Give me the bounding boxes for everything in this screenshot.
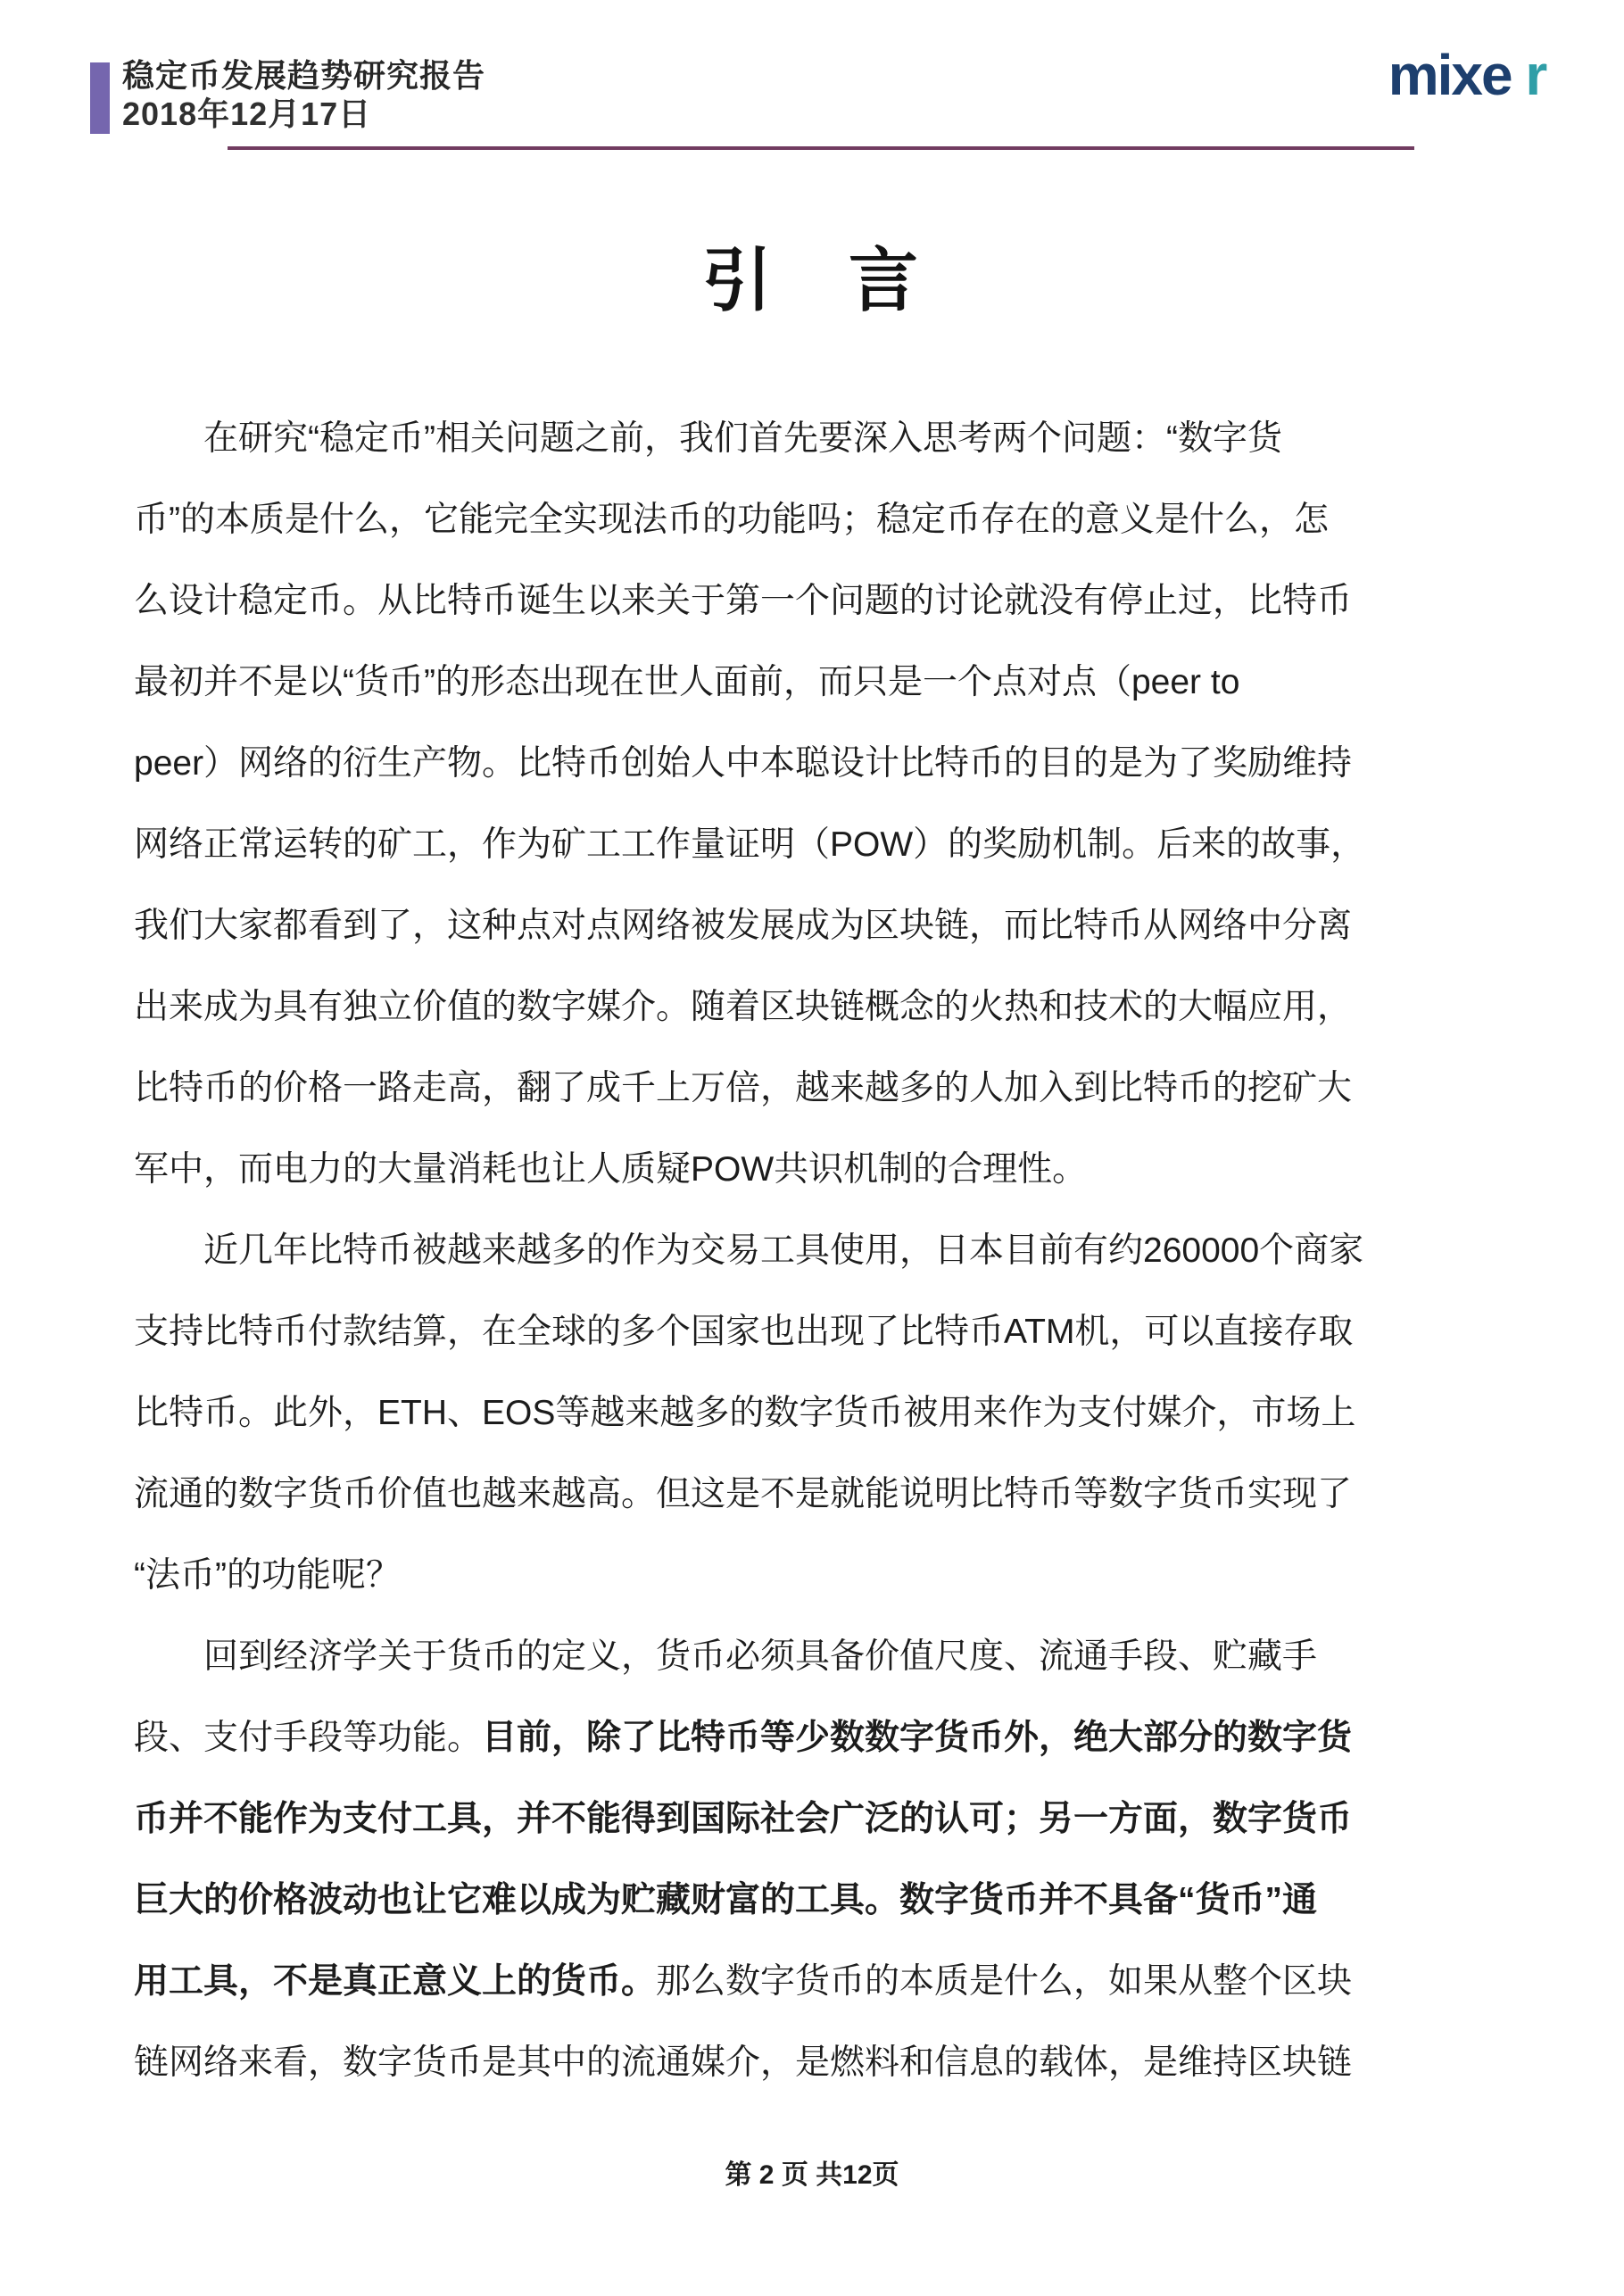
text-segment: 军中，而电力的大量消耗也让人质疑POW共识机制的合理性。 xyxy=(134,1150,1087,1189)
text-line: 最初并不是以“货币”的形态出现在世人面前，而只是一个点对点（peer to xyxy=(134,642,1526,723)
text-segment: 么设计稳定币。从比特币诞生以来关于第一个问题的讨论就没有停止过，比特币 xyxy=(134,582,1352,620)
report-header: 稳定币发展趋势研究报告 2018年12月17日 xyxy=(122,56,485,133)
text-line: 币并不能作为支付工具，并不能得到国际社会广泛的认可；另一方面，数字货币 xyxy=(134,1778,1526,1860)
text-line: 在研究“稳定币”相关问题之前，我们首先要深入思考两个问题：“数字货 xyxy=(134,398,1526,479)
text-segment: 我们大家都看到了，这种点对点网络被发展成为区块链，而比特币从网络中分离 xyxy=(134,907,1352,945)
logo-text-accent: r xyxy=(1525,43,1546,107)
text-segment: 最初并不是以“货币”的形态出现在世人面前，而只是一个点对点（peer to xyxy=(134,663,1239,701)
text-segment: 链网络来看，数字货币是其中的流通媒介，是燃料和信息的载体，是维持区块链 xyxy=(134,2043,1352,2082)
text-line: 支持比特币付款结算，在全球的多个国家也出现了比特币ATM机，可以直接存取 xyxy=(134,1291,1526,1372)
text-line: 近几年比特币被越来越多的作为交易工具使用，日本目前有约260000个商家 xyxy=(134,1210,1526,1291)
page-title: 引 言 xyxy=(0,225,1624,325)
bold-text-segment: 巨大的价格波动也让它难以成为贮藏财富的工具。数字货币并不具备“货币”通 xyxy=(134,1881,1317,1919)
text-segment: 那么数字货币的本质是什么，如果从整个区块 xyxy=(656,1962,1352,2001)
text-line: 么设计稳定币。从比特币诞生以来关于第一个问题的讨论就没有停止过，比特币 xyxy=(134,560,1526,642)
text-line: 我们大家都看到了，这种点对点网络被发展成为区块链，而比特币从网络中分离 xyxy=(134,885,1526,966)
paragraph: 在研究“稳定币”相关问题之前，我们首先要深入思考两个问题：“数字货币”的本质是什… xyxy=(134,398,1526,1210)
text-line: 比特币的价格一路走高，翻了成千上万倍，越来越多的人加入到比特币的挖矿大 xyxy=(134,1048,1526,1129)
text-segment: 回到经济学关于货币的定义，货币必须具备价值尺度、流通手段、贮藏手 xyxy=(203,1637,1317,1676)
bold-text-segment: 目前，除了比特币等少数数字货币外，绝大部分的数字货 xyxy=(482,1719,1352,1757)
brand-logo: mixe r xyxy=(1333,43,1601,107)
svg-text:mixe r: mixe r xyxy=(1388,43,1547,107)
mixer-logo-icon: mixe r xyxy=(1333,43,1601,107)
bold-text-segment: 用工具，不是真正意义上的货币。 xyxy=(134,1962,656,2001)
text-line: 流通的数字货币价值也越来越高。但这是不是就能说明比特币等数字货币实现了 xyxy=(134,1454,1526,1535)
logo-text-main: mixe xyxy=(1388,43,1512,107)
text-segment: 流通的数字货币价值也越来越高。但这是不是就能说明比特币等数字货币实现了 xyxy=(134,1475,1352,1513)
page-number: 第 2 页 共12页 xyxy=(0,2152,1624,2192)
text-line: “法币”的功能呢？ xyxy=(134,1535,1526,1616)
text-segment: 比特币。此外，ETH、EOS等越来越多的数字货币被用来作为支付媒介，市场上 xyxy=(134,1394,1355,1432)
text-segment: 出来成为具有独立价值的数字媒介。随着区块链概念的火热和技术的大幅应用， xyxy=(134,988,1352,1026)
text-segment: peer）网络的衍生产物。比特币创始人中本聪设计比特币的目的是为了奖励维持 xyxy=(134,744,1352,783)
text-line: 币”的本质是什么，它能完全实现法币的功能吗；稳定币存在的意义是什么，怎 xyxy=(134,479,1526,560)
text-line: 链网络来看，数字货币是其中的流通媒介，是燃料和信息的载体，是维持区块链 xyxy=(134,2022,1526,2103)
text-line: 段、支付手段等功能。目前，除了比特币等少数数字货币外，绝大部分的数字货 xyxy=(134,1697,1526,1778)
paragraph: 近几年比特币被越来越多的作为交易工具使用，日本目前有约260000个商家支持比特… xyxy=(134,1210,1526,1616)
text-segment: 在研究“稳定币”相关问题之前，我们首先要深入思考两个问题：“数字货 xyxy=(203,419,1282,458)
report-title: 稳定币发展趋势研究报告 xyxy=(122,56,485,95)
text-line: 出来成为具有独立价值的数字媒介。随着区块链概念的火热和技术的大幅应用， xyxy=(134,966,1526,1048)
text-line: 网络正常运转的矿工，作为矿工工作量证明（POW）的奖励机制。后来的故事， xyxy=(134,804,1526,885)
text-segment: 网络正常运转的矿工，作为矿工工作量证明（POW）的奖励机制。后来的故事， xyxy=(134,825,1365,864)
text-segment: 段、支付手段等功能。 xyxy=(134,1719,482,1757)
text-line: 军中，而电力的大量消耗也让人质疑POW共识机制的合理性。 xyxy=(134,1129,1526,1210)
text-segment: 支持比特币付款结算，在全球的多个国家也出现了比特币ATM机，可以直接存取 xyxy=(134,1313,1353,1351)
paragraph: 回到经济学关于货币的定义，货币必须具备价值尺度、流通手段、贮藏手段、支付手段等功… xyxy=(134,1616,1526,2103)
text-line: 巨大的价格波动也让它难以成为贮藏财富的工具。数字货币并不具备“货币”通 xyxy=(134,1860,1526,1941)
text-line: peer）网络的衍生产物。比特币创始人中本聪设计比特币的目的是为了奖励维持 xyxy=(134,723,1526,804)
header-divider xyxy=(228,146,1414,150)
text-segment: 近几年比特币被越来越多的作为交易工具使用，日本目前有约260000个商家 xyxy=(203,1231,1363,1270)
text-segment: 比特币的价格一路走高，翻了成千上万倍，越来越多的人加入到比特币的挖矿大 xyxy=(134,1069,1352,1107)
text-line: 比特币。此外，ETH、EOS等越来越多的数字货币被用来作为支付媒介，市场上 xyxy=(134,1372,1526,1454)
text-segment: “法币”的功能呢？ xyxy=(134,1556,401,1595)
report-date: 2018年12月17日 xyxy=(122,95,485,133)
header-accent-bar xyxy=(90,62,110,134)
bold-text-segment: 币并不能作为支付工具，并不能得到国际社会广泛的认可；另一方面，数字货币 xyxy=(134,1800,1352,1838)
text-line: 用工具，不是真正意义上的货币。那么数字货币的本质是什么，如果从整个区块 xyxy=(134,1941,1526,2022)
text-line: 回到经济学关于货币的定义，货币必须具备价值尺度、流通手段、贮藏手 xyxy=(134,1616,1526,1697)
text-segment: 币”的本质是什么，它能完全实现法币的功能吗；稳定币存在的意义是什么，怎 xyxy=(134,501,1329,539)
body-text: 在研究“稳定币”相关问题之前，我们首先要深入思考两个问题：“数字货币”的本质是什… xyxy=(134,398,1526,2103)
